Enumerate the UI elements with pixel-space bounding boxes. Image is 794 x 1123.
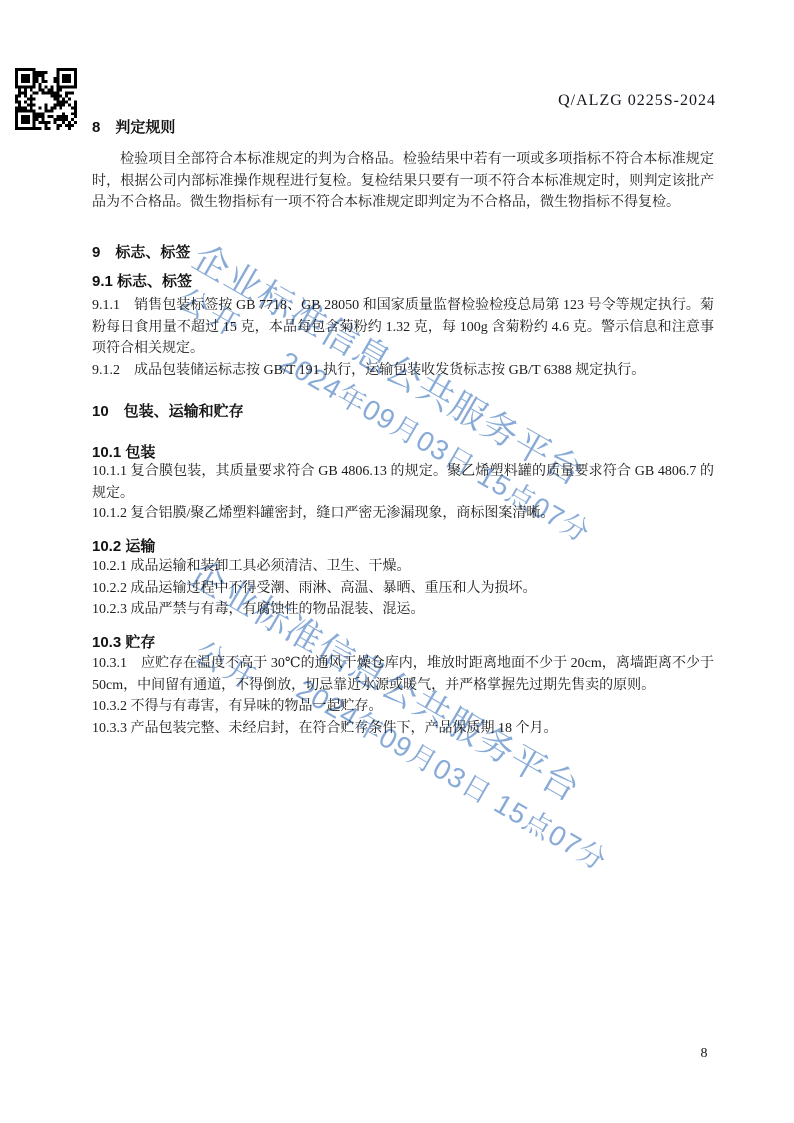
clause-10-2-1: 10.2.1 成品运输和装卸工具必须清洁、卫生、干燥。 xyxy=(92,556,714,578)
clause-10-2-3: 10.2.3 成品严禁与有毒，有腐蚀性的物品混装、混运。 xyxy=(92,599,714,621)
qr-code-graphic xyxy=(15,68,77,130)
clause-10-3-1: 10.3.1 应贮存在温度不高于 30℃的通风干燥仓库内，堆放时距离地面不少于 … xyxy=(92,653,714,696)
clause-10-1-2: 10.1.2 复合铝膜/聚乙烯塑料罐密封，缝口严密无渗漏现象，商标图案清晰。 xyxy=(92,503,714,525)
section-10-3-heading: 10.3 贮存 xyxy=(92,634,714,651)
clause-10-3-2: 10.3.2 不得与有毒害，有异味的物品一起贮存。 xyxy=(92,696,714,718)
section-10-heading: 10 包装、运输和贮存 xyxy=(92,403,714,420)
page-number: 8 xyxy=(694,1046,714,1062)
clause-9-1-1: 9.1.1 销售包装标签按 GB 7718、GB 28050 和国家质量监督检验… xyxy=(92,295,714,360)
clause-10-1-1: 10.1.1 复合膜包装，其质量要求符合 GB 4806.13 的规定。聚乙烯塑… xyxy=(92,461,714,504)
clause-9-1-2: 9.1.2 成品包装储运标志按 GB/T 191 执行，运输包装收发货标志按 G… xyxy=(92,360,714,382)
clause-10-2-2: 10.2.2 成品运输过程中不得受潮、雨淋、高温、暴晒、重压和人为损坏。 xyxy=(92,578,714,600)
document-page: 企业标准信息公共服务平台 公开 2024年09月03日 15点07分 企业标准信… xyxy=(0,0,794,1123)
section-8-heading: 8 判定规则 xyxy=(92,119,714,136)
section-10-2-heading: 10.2 运输 xyxy=(92,538,714,555)
qr-code xyxy=(15,68,77,130)
section-9-heading: 9 标志、标签 xyxy=(92,244,714,261)
standard-number: Q/ALZG 0225S-2024 xyxy=(558,92,716,110)
clause-10-3-3: 10.3.3 产品包装完整、未经启封，在符合贮存条件下，产品保质期 18 个月。 xyxy=(92,718,714,740)
section-10-1-heading: 10.1 包装 xyxy=(92,444,714,461)
section-8-paragraph: 检验项目全部符合本标准规定的判为合格品。检验结果中若有一项或多项指标不符合本标准… xyxy=(92,149,714,214)
section-9-1-heading: 9.1 标志、标签 xyxy=(92,273,714,290)
